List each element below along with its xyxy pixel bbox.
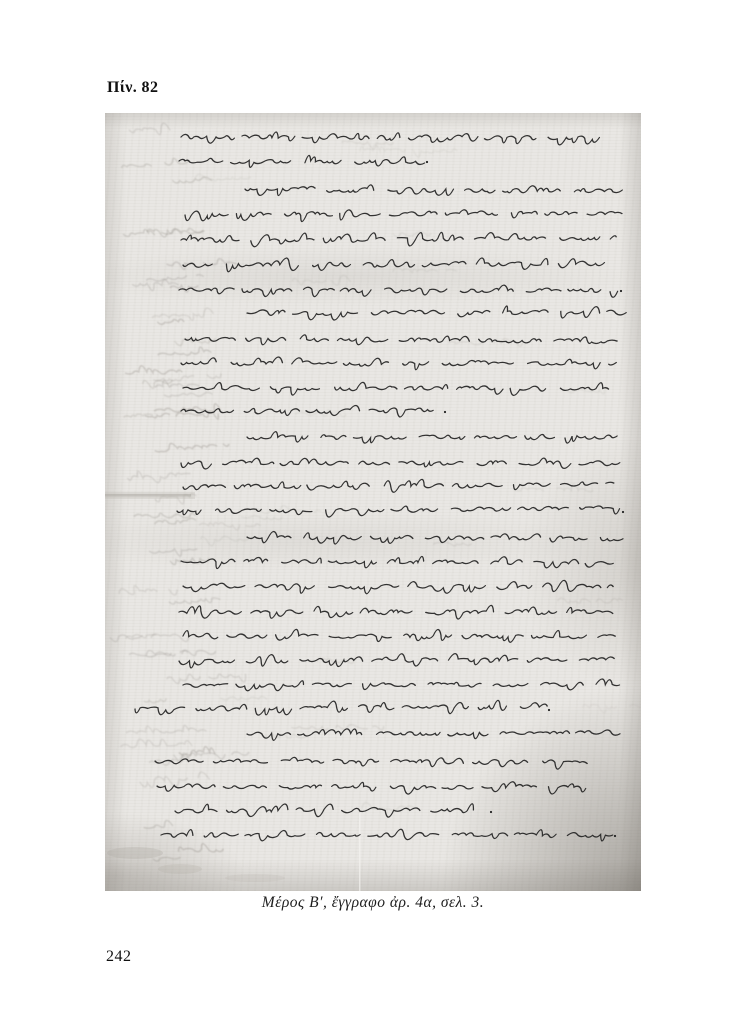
plate-label: Πίν. 82: [107, 79, 158, 97]
manuscript-handwriting: [105, 113, 641, 891]
page-number: 242: [106, 948, 132, 966]
photo-caption: Μέρος Β′, ἔγγραφο ἀρ. 4α, σελ. 3.: [105, 894, 641, 912]
manuscript-photo: [105, 113, 641, 891]
